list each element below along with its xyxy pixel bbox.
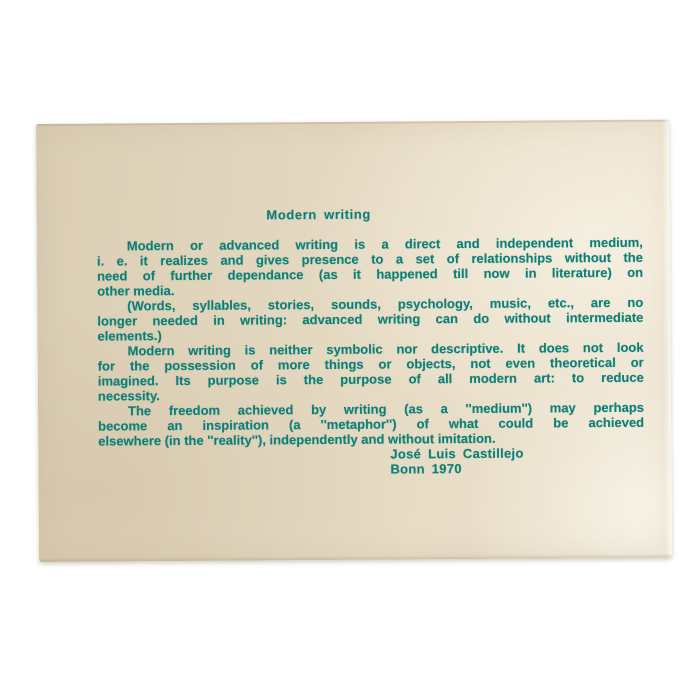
paragraph-1: Modern or advanced writing is a direct a… xyxy=(97,235,643,299)
card-edge-highlight xyxy=(662,120,672,558)
paragraph-3: Modern writing is neither symbolic nor d… xyxy=(98,340,644,404)
card-edge-shadow xyxy=(39,554,672,562)
paragraph-4: The freedom achieved by writing (as a ''… xyxy=(98,400,644,449)
signature-name: José Luis Castillejo xyxy=(390,445,644,462)
signature-location-year: Bonn 1970 xyxy=(390,460,644,477)
photo-background: Modern writing Modern or advanced writin… xyxy=(0,0,700,700)
text-block: Modern writing Modern or advanced writin… xyxy=(97,205,645,479)
paragraph-2: (Words, syllables, stories, sounds, psyc… xyxy=(97,295,643,344)
title: Modern writing xyxy=(97,205,541,223)
signature-block: José Luis Castillejo Bonn 1970 xyxy=(390,445,644,477)
card-edge-top xyxy=(36,120,669,126)
printed-card: Modern writing Modern or advanced writin… xyxy=(36,120,672,562)
